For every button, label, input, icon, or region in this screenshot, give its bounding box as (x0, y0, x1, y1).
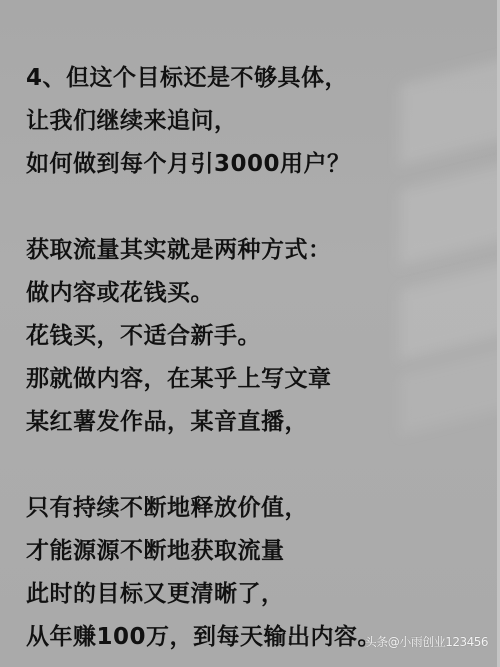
watermark: 头条@小雨创业123456 (365, 633, 488, 650)
text-line: 花钱买，不适合新手。 (26, 315, 480, 358)
text-line: 如何做到每个月引3000用户？ (26, 143, 480, 186)
text-line: 4、但这个目标还是不够具体， (26, 57, 480, 100)
text-line: 做内容或花钱买。 (26, 272, 480, 315)
text-line: 才能源源不断地获取流量 (26, 530, 480, 573)
paragraph-question: 4、但这个目标还是不够具体， 让我们继续来追问， 如何做到每个月引3000用户？ (26, 57, 480, 186)
paragraph-spacer (26, 444, 480, 487)
text-line: 某红薯发作品，某音直播， (26, 401, 480, 444)
paragraph-traffic-methods: 获取流量其实就是两种方式： 做内容或花钱买。 花钱买，不适合新手。 那就做内容，… (26, 229, 480, 444)
text-line: 让我们继续来追问， (26, 100, 480, 143)
text-card: 4、但这个目标还是不够具体， 让我们继续来追问， 如何做到每个月引3000用户？… (26, 57, 480, 659)
text-line: 此时的目标又更清晰了， (26, 573, 480, 616)
text-line: 那就做内容，在某乎上写文章 (26, 358, 480, 401)
text-line: 只有持续不断地释放价值， (26, 487, 480, 530)
text-line: 获取流量其实就是两种方式： (26, 229, 480, 272)
paragraph-spacer (26, 186, 480, 229)
